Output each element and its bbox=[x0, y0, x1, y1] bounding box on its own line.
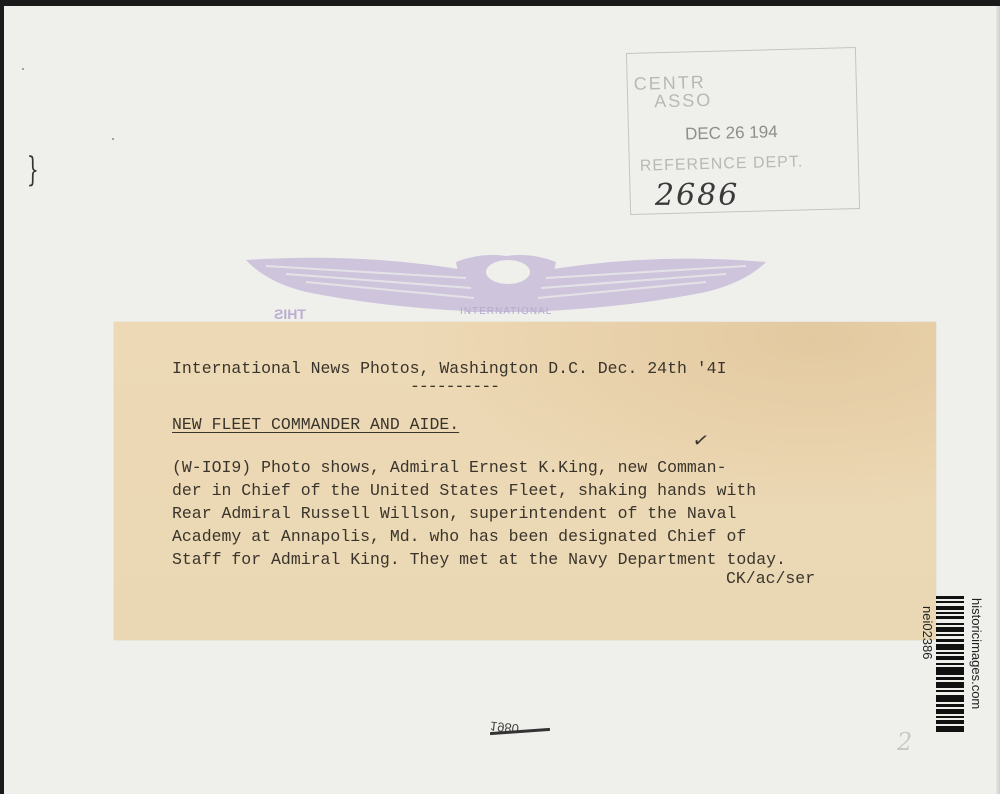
bracket-mark: } bbox=[27, 150, 39, 190]
sheet-edge bbox=[996, 6, 1000, 794]
watermark-label: INTERNATIONAL bbox=[460, 306, 552, 317]
pencil-number: 2 bbox=[897, 728, 912, 756]
watermark-mirrored-text: THIS bbox=[274, 306, 306, 322]
caption-line: der in Chief of the United States Fleet,… bbox=[172, 479, 786, 502]
typist-initials: CK/ac/ser bbox=[726, 568, 815, 589]
speck bbox=[112, 138, 114, 140]
stamp-line-2: ASSO bbox=[654, 90, 713, 113]
handwritten-number: 2686 bbox=[655, 178, 739, 213]
separator-rule: ---------- bbox=[410, 376, 499, 397]
caption-line: Rear Admiral Russell Willson, superinten… bbox=[172, 502, 786, 525]
speck bbox=[22, 68, 24, 70]
barcode-icon bbox=[936, 596, 964, 738]
barcode-site-label: historicimages.com bbox=[966, 598, 984, 709]
stamp-date: DEC 26 194 bbox=[685, 122, 778, 144]
stamp-line-4: REFERENCE DEPT. bbox=[640, 153, 804, 175]
caption-line: Staff for Admiral King. They met at the … bbox=[172, 548, 786, 571]
barcode-code: nei02386 bbox=[920, 606, 935, 660]
caption-line: Academy at Annapolis, Md. who has been d… bbox=[172, 525, 786, 548]
caption-slip: International News Photos, Washington D.… bbox=[114, 322, 936, 640]
headline: NEW FLEET COMMANDER AND AIDE. bbox=[172, 414, 459, 435]
caption-line: (W-IOI9) Photo shows, Admiral Ernest K.K… bbox=[172, 456, 786, 479]
caption-body: (W-IOI9) Photo shows, Admiral Ernest K.K… bbox=[172, 456, 786, 571]
check-mark-icon: ✓ bbox=[692, 427, 710, 455]
